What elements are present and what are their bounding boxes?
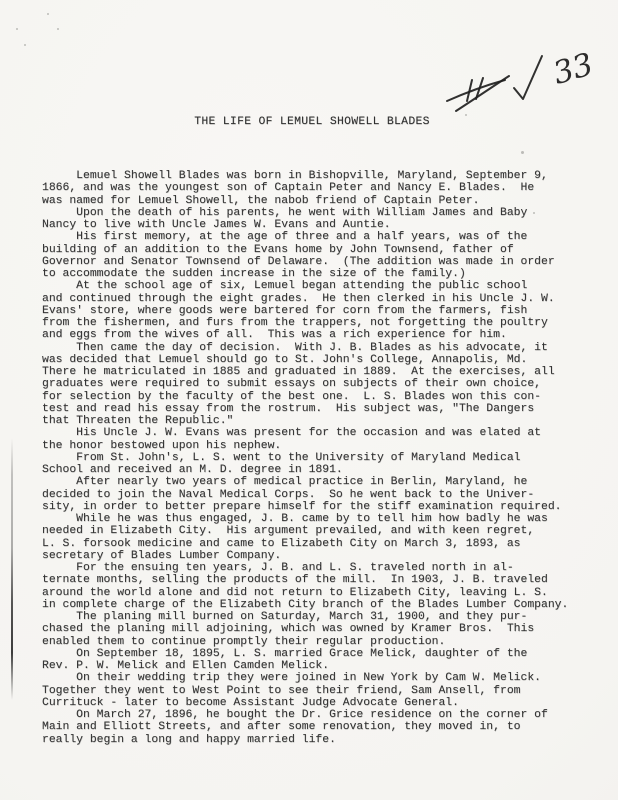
document-line: On September 18, 1895, L. S. married Gra… [42, 648, 598, 660]
document-line: needed in Elizabeth City. His argument p… [42, 525, 598, 537]
scan-speck [24, 44, 26, 46]
scan-artifact-line [11, 438, 13, 700]
document-line: graduates were required to submit essays… [42, 378, 598, 390]
document-line: and continued through the eight grades. … [42, 293, 598, 305]
scan-speck [533, 212, 535, 214]
document-line: His Uncle J. W. Evans was present for th… [42, 427, 598, 439]
document-line: that Threaten the Republic." [42, 415, 598, 427]
document-line: For the ensuing ten years, J. B. and L. … [42, 562, 598, 574]
scan-speck [521, 151, 524, 154]
document-line: in complete charge of the Elizabeth City… [42, 599, 598, 611]
document-line: Lemuel Showell Blades was born in Bishop… [42, 170, 598, 182]
document-line: sity, in order to better prepare himself… [42, 501, 598, 513]
document-line: Rev. P. W. Melick and Ellen Camden Melic… [42, 660, 598, 672]
document-line: L. S. forsook medicine and came to Eliza… [42, 538, 598, 550]
document-line: Governor and Senator Townsend of Delawar… [42, 256, 598, 268]
handwritten-checkmark-icon [514, 56, 542, 99]
document-line: enabled them to continue promptly their … [42, 636, 598, 648]
document-title: THE LIFE OF LEMUEL SHOWELL BLADES [42, 116, 582, 128]
document-line: chased the planing mill adjoining, which… [42, 623, 598, 635]
document-line: and eggs from the wives of all. This was… [42, 329, 598, 341]
document-line: the honor bestowed upon his nephew. [42, 440, 598, 452]
scan-speck [465, 114, 467, 116]
document-line: decided to join the Naval Medical Corps.… [42, 489, 598, 501]
document-line: While he was thus engaged, J. B. came by… [42, 513, 598, 525]
document-line: 1866, and was the youngest son of Captai… [42, 182, 598, 194]
handwritten-page-number: 33 [549, 46, 597, 91]
document-line: Then came the day of decision. With J. B… [42, 342, 598, 354]
document-line: test and read his essay from the rostrum… [42, 403, 598, 415]
scan-speck [16, 28, 18, 30]
document-line: ternate months, selling the products of … [42, 574, 598, 586]
document-line: Main and Elliott Streets, and after some… [42, 721, 598, 733]
document-line: from the fishermen, and furs from the tr… [42, 317, 598, 329]
document-line: The planing mill burned on Saturday, Mar… [42, 611, 598, 623]
document-line: On their wedding trip they were joined i… [42, 672, 598, 684]
document-body: Lemuel Showell Blades was born in Bishop… [42, 170, 598, 746]
document-line: Together they went to West Point to see … [42, 685, 598, 697]
document-line: was decided that Lemuel should go to St.… [42, 354, 598, 366]
document-line: Upon the death of his parents, he went w… [42, 207, 598, 219]
document-line: His first memory, at the age of three an… [42, 231, 598, 243]
document-line: was named for Lemuel Showell, the nabob … [42, 195, 598, 207]
scanned-document-page: 33 THE LIFE OF LEMUEL SHOWELL BLADES Lem… [0, 0, 618, 800]
document-line: secretary of Blades Lumber Company. [42, 550, 598, 562]
document-line: From St. John's, L. S. went to the Unive… [42, 452, 598, 464]
document-line: On March 27, 1896, he bought the Dr. Gri… [42, 709, 598, 721]
document-line: After nearly two years of medical practi… [42, 476, 598, 488]
document-line: Nancy to live with Uncle James W. Evans … [42, 219, 598, 231]
scan-speck [57, 28, 59, 30]
document-line: School and received an M. D. degree in 1… [42, 464, 598, 476]
document-line: Evans' store, where goods were bartered … [42, 305, 598, 317]
document-line: around the world alone and did not retur… [42, 587, 598, 599]
document-line: At the school age of six, Lemuel began a… [42, 280, 598, 292]
document-line: There he matriculated in 1885 and gradua… [42, 366, 598, 378]
document-line: to accommodate the sudden increase in th… [42, 268, 598, 280]
document-line: for selection by the faculty of the best… [42, 391, 598, 403]
document-line: Currituck - later to become Assistant Ju… [42, 697, 598, 709]
scan-speck [47, 13, 49, 15]
document-line: really begin a long and happy married li… [42, 734, 598, 746]
document-line: building of an addition to the Evans hom… [42, 244, 598, 256]
